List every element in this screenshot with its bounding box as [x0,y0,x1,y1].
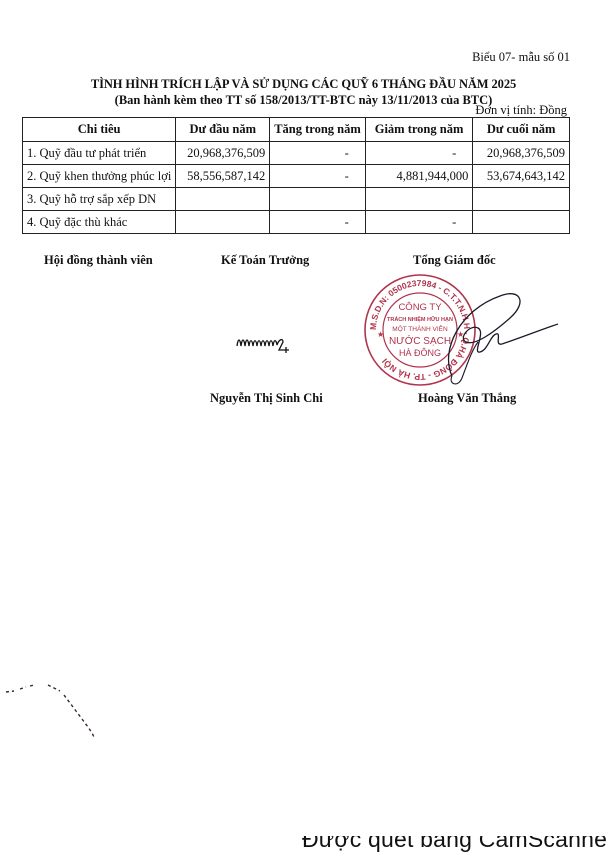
opening-balance [176,188,270,211]
increase: - [270,211,366,234]
increase: - [270,165,366,188]
board-title: Hội đồng thành viên [44,253,153,268]
table-header-row: Chi tiêu Dư đầu năm Tăng trong năm Giảm … [23,118,570,142]
header-decrease: Giảm trong năm [365,118,473,142]
currency-unit: Đơn vị tính: Đồng [475,103,567,118]
opening-balance: 58,556,587,142 [176,165,270,188]
decrease: - [365,142,473,165]
table-row: 3. Quỹ hỗ trợ sắp xếp DN [23,188,570,211]
form-code: Biểu 07- mẫu số 01 [472,50,570,65]
closing-balance: 53,674,643,142 [473,165,570,188]
header-indicator: Chi tiêu [23,118,176,142]
accountant-signature-icon [235,330,295,354]
general-director-title: Tổng Giám đốc [413,253,496,268]
decrease: - [365,211,473,234]
document-title: TÌNH HÌNH TRÍCH LẬP VÀ SỬ DỤNG CÁC QUỸ 6… [0,77,607,92]
header-increase: Tăng trong năm [270,118,366,142]
scanner-watermark-text: Được quét bằng CamScanner [302,836,607,853]
decrease [365,188,473,211]
table-row: 1. Quỹ đầu tư phát triển 20,968,376,509 … [23,142,570,165]
svg-text:★: ★ [377,330,384,339]
scanner-watermark: Được quét bằng CamScanner [290,836,607,859]
fund-label: 1. Quỹ đầu tư phát triển [23,142,176,165]
increase: - [270,142,366,165]
funds-table: Chi tiêu Dư đầu năm Tăng trong năm Giảm … [22,117,570,234]
header-closing-balance: Dư cuối năm [473,118,570,142]
table-row: 2. Quỹ khen thưởng phúc lợi 58,556,587,1… [23,165,570,188]
closing-balance [473,211,570,234]
opening-balance: 20,968,376,509 [176,142,270,165]
chief-accountant-name: Nguyễn Thị Sinh Chi [210,391,323,406]
table-row: 4. Quỹ đặc thù khác - - [23,211,570,234]
scan-artifact-icon [0,673,110,763]
opening-balance [176,211,270,234]
decrease: 4,881,944,000 [365,165,473,188]
closing-balance: 20,968,376,509 [473,142,570,165]
fund-label: 4. Quỹ đặc thù khác [23,211,176,234]
general-director-name: Hoàng Văn Thắng [418,391,516,406]
director-signature-icon [400,280,560,390]
fund-label: 2. Quỹ khen thưởng phúc lợi [23,165,176,188]
header-opening-balance: Dư đầu năm [176,118,270,142]
increase [270,188,366,211]
closing-balance [473,188,570,211]
chief-accountant-title: Kế Toán Trưởng [221,253,309,268]
fund-label: 3. Quỹ hỗ trợ sắp xếp DN [23,188,176,211]
